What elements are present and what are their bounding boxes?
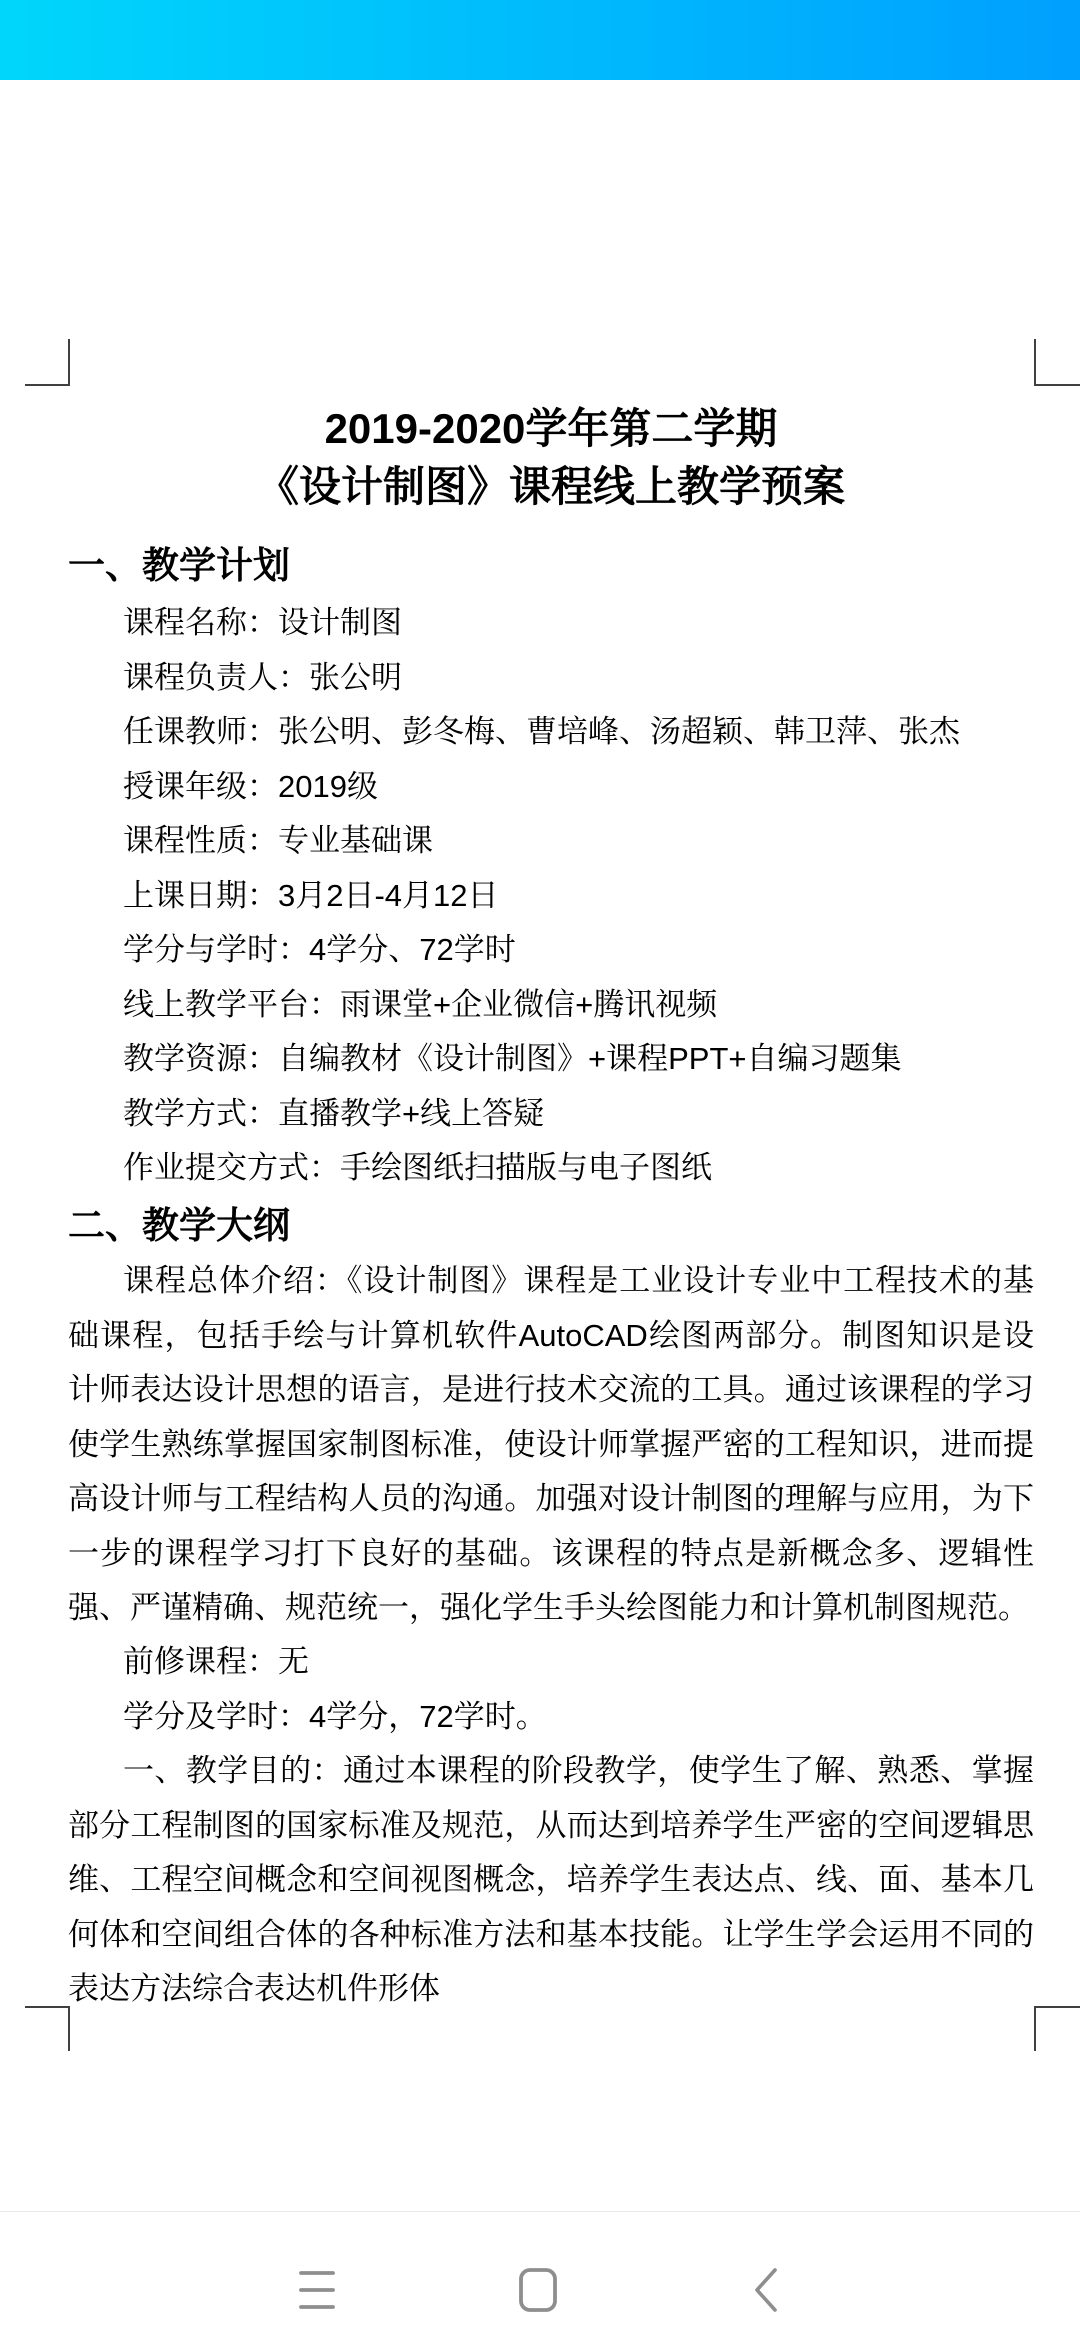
plan-item-course-leader: 课程负责人：张公明	[123, 651, 402, 705]
back-icon	[746, 2268, 790, 2312]
nav-back-button[interactable]	[746, 2268, 790, 2312]
doc-title-line-1: 2019-2020学年第二学期	[68, 400, 1034, 458]
teaching-objective-paragraph: 一、教学目的：通过本课程的阶段教学，使学生了解、熟悉、掌握部分工程制图的国家标准…	[68, 1744, 1034, 1963]
plan-item-teachers: 任课教师：张公明、彭冬梅、曹培峰、汤超颖、韩卫萍、张杰	[123, 705, 960, 759]
menu-icon	[295, 2268, 339, 2312]
plan-item-teaching-method: 教学方式：直播教学+线上答疑	[123, 1087, 544, 1141]
page-corner-mark-top-right	[1034, 339, 1080, 386]
plan-item-course-type: 课程性质：专业基础课	[123, 814, 433, 868]
page-corner-mark-bottom-right	[1034, 2006, 1080, 2051]
plan-item-class-dates: 上课日期：3月2日-4月12日	[123, 869, 499, 923]
nav-menu-button[interactable]	[295, 2268, 339, 2312]
page-corner-mark-bottom-left	[25, 2006, 70, 2051]
section1-heading: 一、教学计划	[68, 539, 290, 593]
prerequisite-line: 前修课程：无	[123, 1635, 309, 1689]
doc-title-line-2: 《设计制图》课程线上教学预案	[68, 458, 1034, 516]
navbar-divider	[0, 2211, 1080, 2212]
plan-item-resources: 教学资源：自编教材《设计制图》+课程PPT+自编习题集	[123, 1032, 902, 1086]
section2-heading: 二、教学大纲	[68, 1199, 290, 1253]
plan-item-online-platform: 线上教学平台：雨课堂+企业微信+腾讯视频	[123, 978, 717, 1032]
status-bar	[0, 0, 1080, 80]
home-icon	[516, 2268, 560, 2312]
phone-screen: 2019-2020学年第二学期 《设计制图》课程线上教学预案 一、教学计划 课程…	[0, 0, 1080, 2340]
credit-hours-line: 学分及学时：4学分，72学时。	[123, 1690, 547, 1744]
nav-home-button[interactable]	[516, 2268, 560, 2312]
plan-item-homework-submit: 作业提交方式：手绘图纸扫描版与电子图纸	[123, 1141, 712, 1195]
course-intro-paragraph: 课程总体介绍：《设计制图》课程是工业设计专业中工程技术的基础课程，包括手绘与计算…	[68, 1254, 1034, 1636]
plan-item-course-name: 课程名称：设计制图	[123, 596, 402, 650]
page-corner-mark-top-left	[25, 339, 70, 386]
plan-item-grade: 授课年级：2019级	[123, 760, 378, 814]
plan-item-credits-hours: 学分与学时：4学分、72学时	[123, 923, 516, 977]
